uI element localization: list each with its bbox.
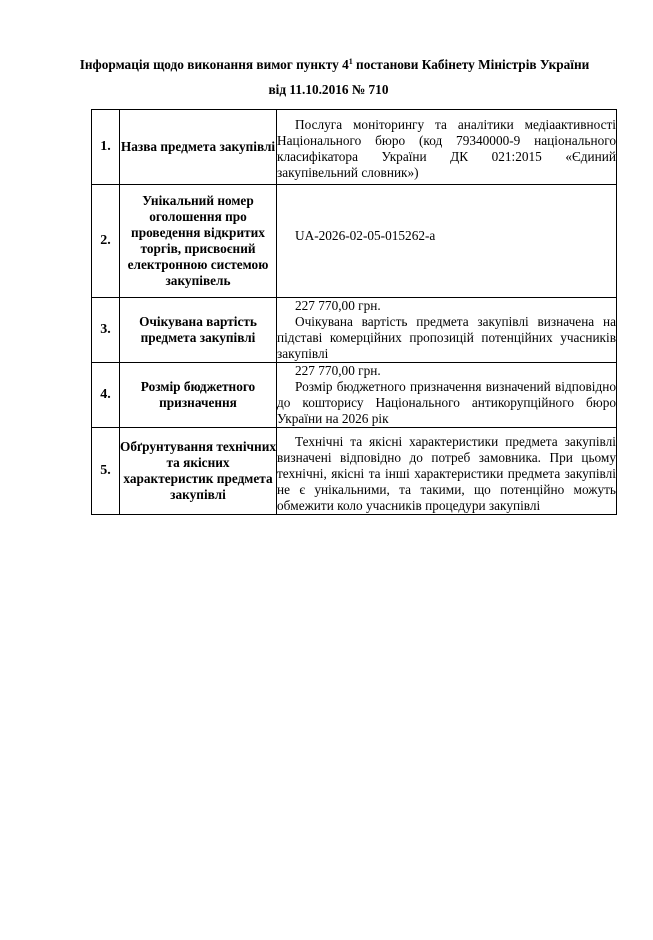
value-paragraph: Розмір бюджетного призначення визначений…	[277, 379, 616, 427]
row-value: Технічні та якісні характеристики предме…	[277, 428, 617, 515]
table-row: 1. Назва предмета закупівлі Послуга моні…	[92, 110, 617, 185]
title-text-after-superscript: постанови Кабінету Міністрів України	[353, 57, 590, 72]
row-value: Послуга моніторингу та аналітики медіаак…	[277, 110, 617, 185]
document-title-line-2: від 11.10.2016 № 710	[2, 82, 653, 98]
row-value: UA-2026-02-05-015262-a	[277, 185, 617, 298]
value-paragraph: Технічні та якісні характеристики предме…	[277, 434, 616, 514]
row-value: 227 770,00 грн. Очікувана вартість предм…	[277, 298, 617, 363]
title-text-before-superscript: Інформація щодо виконання вимог пункту 4	[80, 57, 349, 72]
row-value: 227 770,00 грн. Розмір бюджетного призна…	[277, 363, 617, 428]
row-label: Назва предмета закупівлі	[120, 110, 277, 185]
row-number: 2.	[92, 185, 120, 298]
row-label: Розмір бюджетного призначення	[120, 363, 277, 428]
value-amount: 227 770,00 грн.	[277, 298, 616, 314]
row-number: 1.	[92, 110, 120, 185]
value-paragraph: Очікувана вартість предмета закупівлі ви…	[277, 314, 616, 362]
table-row: 3. Очікувана вартість предмета закупівлі…	[92, 298, 617, 363]
value-paragraph: UA-2026-02-05-015262-a	[277, 228, 616, 254]
row-label: Обґрунтування технічних та якісних харак…	[120, 428, 277, 515]
value-paragraph: Послуга моніторингу та аналітики медіаак…	[277, 117, 616, 181]
procurement-info-table: 1. Назва предмета закупівлі Послуга моні…	[91, 109, 617, 515]
row-number: 4.	[92, 363, 120, 428]
row-label: Очікувана вартість предмета закупівлі	[120, 298, 277, 363]
row-label: Унікальний номер оголошення про проведен…	[120, 185, 277, 298]
table-row: 2. Унікальний номер оголошення про прове…	[92, 185, 617, 298]
table-row: 5. Обґрунтування технічних та якісних ха…	[92, 428, 617, 515]
value-amount: 227 770,00 грн.	[277, 363, 616, 379]
table-row: 4. Розмір бюджетного призначення 227 770…	[92, 363, 617, 428]
row-number: 3.	[92, 298, 120, 363]
document-title-line-1: Інформація щодо виконання вимог пункту 4…	[8, 57, 653, 73]
row-number: 5.	[92, 428, 120, 515]
